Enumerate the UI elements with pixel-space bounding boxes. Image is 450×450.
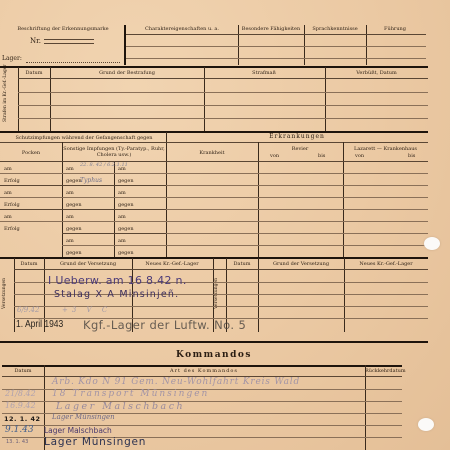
col-sonstige-impfungen: Sonstige Impfungen (Ty.-Paratyp., Ruhr, …: [62, 146, 166, 158]
revier-von: von: [270, 153, 279, 159]
illnesses-title: Erkrankungen: [166, 134, 428, 140]
divider: [62, 142, 63, 257]
col-kommando-datum: Datum: [2, 368, 44, 374]
rule: [0, 185, 166, 186]
transfer-stamp-line2: Stalag X A Minsinjeñ.: [54, 289, 179, 300]
nr-label: Nr.: [30, 38, 41, 44]
kommando-row-2-text: 18 Transport Münsingen: [52, 389, 209, 399]
vacc-sonst1-label: am: [66, 190, 74, 196]
stamp-kgf-lager: Kgf.-Lager der Luftw. No. 5: [83, 318, 246, 332]
kommando-row-5-date: 9.1.43: [5, 425, 34, 435]
kommandos-title: Kommandos: [0, 352, 428, 358]
col-grund-versetzung-left: Grund der Versetzung: [44, 261, 132, 267]
lager-field: [26, 62, 120, 63]
rule: [166, 233, 428, 234]
vacc-pocken-label: am: [4, 166, 12, 172]
rule: [166, 197, 428, 198]
kommando-row-1-text: Arb. Kdo N 91 Gem. Neu-Wohlfahrt Kreis W…: [52, 377, 300, 387]
divider: [50, 67, 51, 131]
divider: [325, 67, 326, 131]
rule: [0, 142, 166, 143]
col-krankheit: Krankheit: [166, 150, 258, 156]
rule: [0, 197, 166, 198]
vacc-sonst1-label: am: [66, 214, 74, 220]
rule: [166, 161, 428, 162]
vacc-pocken-label: Erfolg: [4, 178, 20, 184]
vacc-sonst2-label: am: [118, 214, 126, 220]
rule: [0, 173, 166, 174]
strafen-side-label: Strafen im Kr.-Gef.-Lager: [3, 80, 17, 122]
rule: [18, 105, 428, 106]
kommando-row-3-date: 16.9.42: [5, 401, 36, 410]
rule: [126, 46, 426, 47]
rule: [166, 245, 428, 246]
rule: [18, 118, 428, 119]
vacc-sonst2-label: gegen: [118, 226, 134, 232]
rule: [0, 257, 428, 259]
col-fuehrung: Führung: [366, 26, 424, 32]
col-charakter: Charaktereigenschaften u. a.: [126, 26, 238, 32]
kommando-row-5-text: Lager Malschbach: [44, 426, 112, 435]
vacc-sonst1-label: am: [66, 166, 74, 172]
col-sprachkenntnisse: Sprachkenntnisse: [304, 26, 366, 32]
vacc-sonst2-label: am: [118, 238, 126, 244]
handwritten-vacc-date: 22. 8. 42 / 6.2.1.11: [80, 163, 128, 168]
col-datum-left: Datum: [14, 261, 44, 267]
col-datum: Datum: [18, 70, 50, 76]
col-rueckkehrdatum: Rückkehrdatum: [365, 368, 402, 374]
rule: [0, 209, 166, 210]
divider: [343, 142, 344, 257]
rule: [0, 341, 428, 343]
vacc-pocken-label: am: [4, 214, 12, 220]
col-lazarett: Lazarett — Krankenhaus: [343, 146, 428, 152]
punch-hole: [418, 418, 434, 431]
col-datum-right: Datum: [226, 261, 258, 267]
col-art-kommandos: Art des Kommandos: [44, 368, 364, 374]
identification-title: Beschriftung der Erkennungsmarke: [8, 26, 118, 32]
stamp-april-date: 1. April 1943: [16, 319, 63, 330]
divider: [258, 142, 259, 257]
vacc-pocken-label: am: [4, 190, 12, 196]
versetzungen-side-label-right: Versetzungen: [214, 270, 226, 316]
versetzungen-side-label-left: Versetzungen: [2, 270, 14, 316]
col-grund-versetzung-right: Grund der Versetzung: [258, 261, 344, 267]
kommando-row-6-text: Lager Münsingen: [44, 436, 146, 448]
rule: [0, 131, 428, 133]
col-revier: Revier: [258, 146, 342, 152]
handwritten-transfer-note: +3 V C: [62, 306, 111, 314]
vacc-pocken-label: Erfolg: [4, 226, 20, 232]
vacc-pocken-label: Erfolg: [4, 202, 20, 208]
col-faehigkeiten: Besondere Fähigkeiten: [238, 26, 304, 32]
handwritten-vacc-disease: Typhus: [80, 177, 102, 184]
rule: [2, 365, 402, 367]
handwritten-transfer-date: 6/9.42: [17, 306, 39, 314]
rule: [126, 34, 426, 35]
rule: [166, 185, 428, 186]
vacc-sonst1-label: gegen: [66, 202, 82, 208]
vacc-sonst2-label: gegen: [118, 178, 134, 184]
vacc-sonst1-label: am: [66, 238, 74, 244]
vacc-sonst1-label: gegen: [66, 250, 82, 256]
rule: [14, 269, 428, 270]
kommando-row-3-text: Lager Malschbach: [56, 401, 185, 412]
divider: [204, 67, 205, 131]
nr-field: [44, 39, 94, 44]
col-strafmass: Strafmaß: [204, 70, 324, 76]
lazarett-von: von: [355, 153, 364, 159]
vacc-sonst2-label: gegen: [118, 202, 134, 208]
kommando-row-2-date: 21/8.42: [5, 389, 36, 398]
rule: [62, 245, 166, 246]
divider: [18, 67, 19, 131]
col-neues-lager-left: Neues Kr.-Gef.-Lager: [132, 261, 212, 267]
revier-bis: bis: [318, 153, 325, 159]
lazarett-bis: bis: [408, 153, 415, 159]
pow-index-card: Beschriftung der Erkennungsmarke Nr. Lag…: [0, 0, 450, 450]
vacc-sonst2-label: gegen: [118, 250, 134, 256]
vacc-sonst1-label: gegen: [66, 226, 82, 232]
kommando-row-4-text: Lager Münsingen: [52, 413, 115, 421]
rule: [166, 209, 428, 210]
vaccinations-title: Schutzimpfungen während der Gefangenscha…: [4, 135, 164, 141]
col-neues-lager-right: Neues Kr.-Gef.-Lager: [344, 261, 428, 267]
rule: [166, 221, 428, 222]
rule: [18, 92, 428, 93]
rule: [18, 78, 428, 79]
rule: [166, 142, 428, 143]
vacc-sonst2-label: am: [118, 190, 126, 196]
col-verbuesst: Verbüßt, Datum: [325, 70, 428, 76]
col-grund-bestrafung: Grund der Bestrafung: [50, 70, 204, 76]
transfer-stamp-line1: I Ueberw. am 16 8.42 n.: [48, 274, 187, 287]
punch-hole: [424, 237, 440, 250]
kommando-row-4-date: 12. 1. 42: [4, 415, 41, 423]
rule: [62, 233, 166, 234]
rule: [0, 66, 428, 68]
rule: [126, 58, 426, 59]
kommando-row-6-date: 13. 1. 43: [6, 439, 28, 445]
rule: [0, 221, 166, 222]
col-pocken: Pocken: [0, 150, 62, 156]
rule: [166, 173, 428, 174]
lager-label: Lager:: [2, 56, 22, 62]
